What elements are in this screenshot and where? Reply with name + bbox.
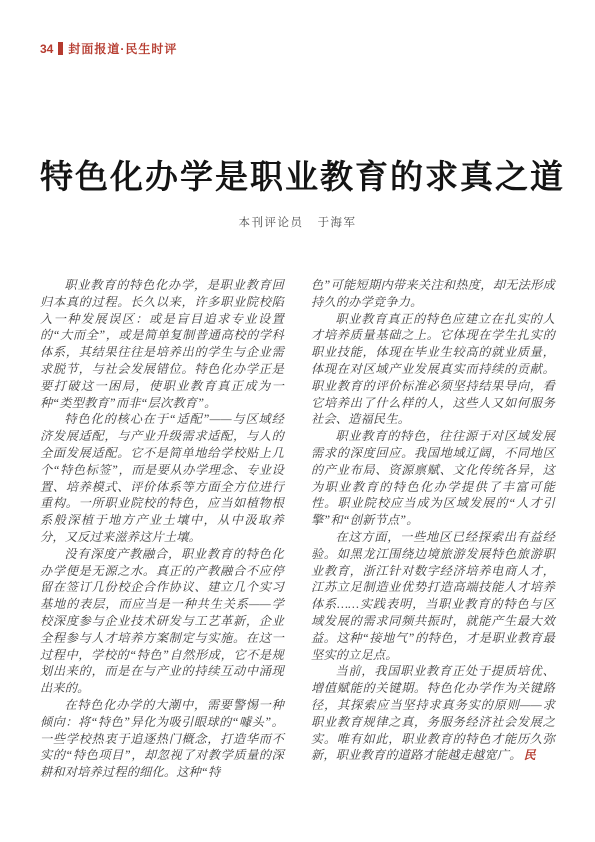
paragraph: 职业教育的特色化办学，是职业教育回归本真的过程。长久以来，许多职业院校陷入一种发…: [40, 277, 284, 411]
paragraph-last: 当前，我国职业教育正处于提质培优、增值赋能的关键期。特色化办学作为关键路径，其探…: [311, 663, 555, 764]
byline-author: 于海军: [318, 217, 357, 229]
running-head: 34 封面报道·民生时评: [40, 40, 177, 57]
magazine-page: 34 封面报道·民生时评 特色化办学是职业教育的求真之道 本刊评论员于海军 职业…: [0, 0, 595, 842]
paragraph: 在特色化办学的大潮中，需要警惕一种倾向：将“特色”异化为吸引眼球的“噱头”。一些…: [40, 697, 284, 781]
paragraph-text: 当前，我国职业教育正处于提质培优、增值赋能的关键期。特色化办学作为关键路径，其探…: [311, 664, 555, 762]
paragraph: 特色化的核心在于“适配”——与区域经济发展适配，与产业升级需求适配，与人的全面发…: [40, 411, 284, 545]
column-right: 色”可能短期内带来关注和热度，却无法形成持久的办学竞争力。 职业教育真正的特色应…: [311, 277, 555, 781]
paragraph: 职业教育真正的特色应建立在扎实的人才培养质量基础之上。它体现在学生扎实的职业技能…: [311, 311, 555, 429]
paragraph: 职业教育的特色，往往源于对区域发展需求的深度回应。我国地域辽阔，不同地区的产业布…: [311, 428, 555, 529]
paragraph: 在这方面，一些地区已经探索出有益经验。如黑龙江围绕边境旅游发展特色旅游职业教育，…: [311, 529, 555, 663]
section-title: 封面报道·民生时评: [68, 40, 177, 57]
column-left: 职业教育的特色化办学，是职业教育回归本真的过程。长久以来，许多职业院校陷入一种发…: [40, 277, 284, 781]
article-end-mark-icon: 民: [524, 748, 536, 762]
paragraph: 没有深度产教融合，职业教育的特色化办学便是无源之水。真正的产教融合不应停留在签订…: [40, 546, 284, 697]
byline: 本刊评论员于海军: [0, 214, 595, 230]
page-number: 34: [40, 42, 53, 56]
article-title: 特色化办学是职业教育的求真之道: [40, 151, 555, 198]
paragraph-continuation: 色”可能短期内带来关注和热度，却无法形成持久的办学竞争力。: [311, 277, 555, 311]
article-body: 职业教育的特色化办学，是职业教育回归本真的过程。长久以来，许多职业院校陷入一种发…: [40, 277, 555, 781]
byline-role: 本刊评论员: [239, 217, 304, 229]
section-marker-bar-icon: [58, 42, 63, 55]
